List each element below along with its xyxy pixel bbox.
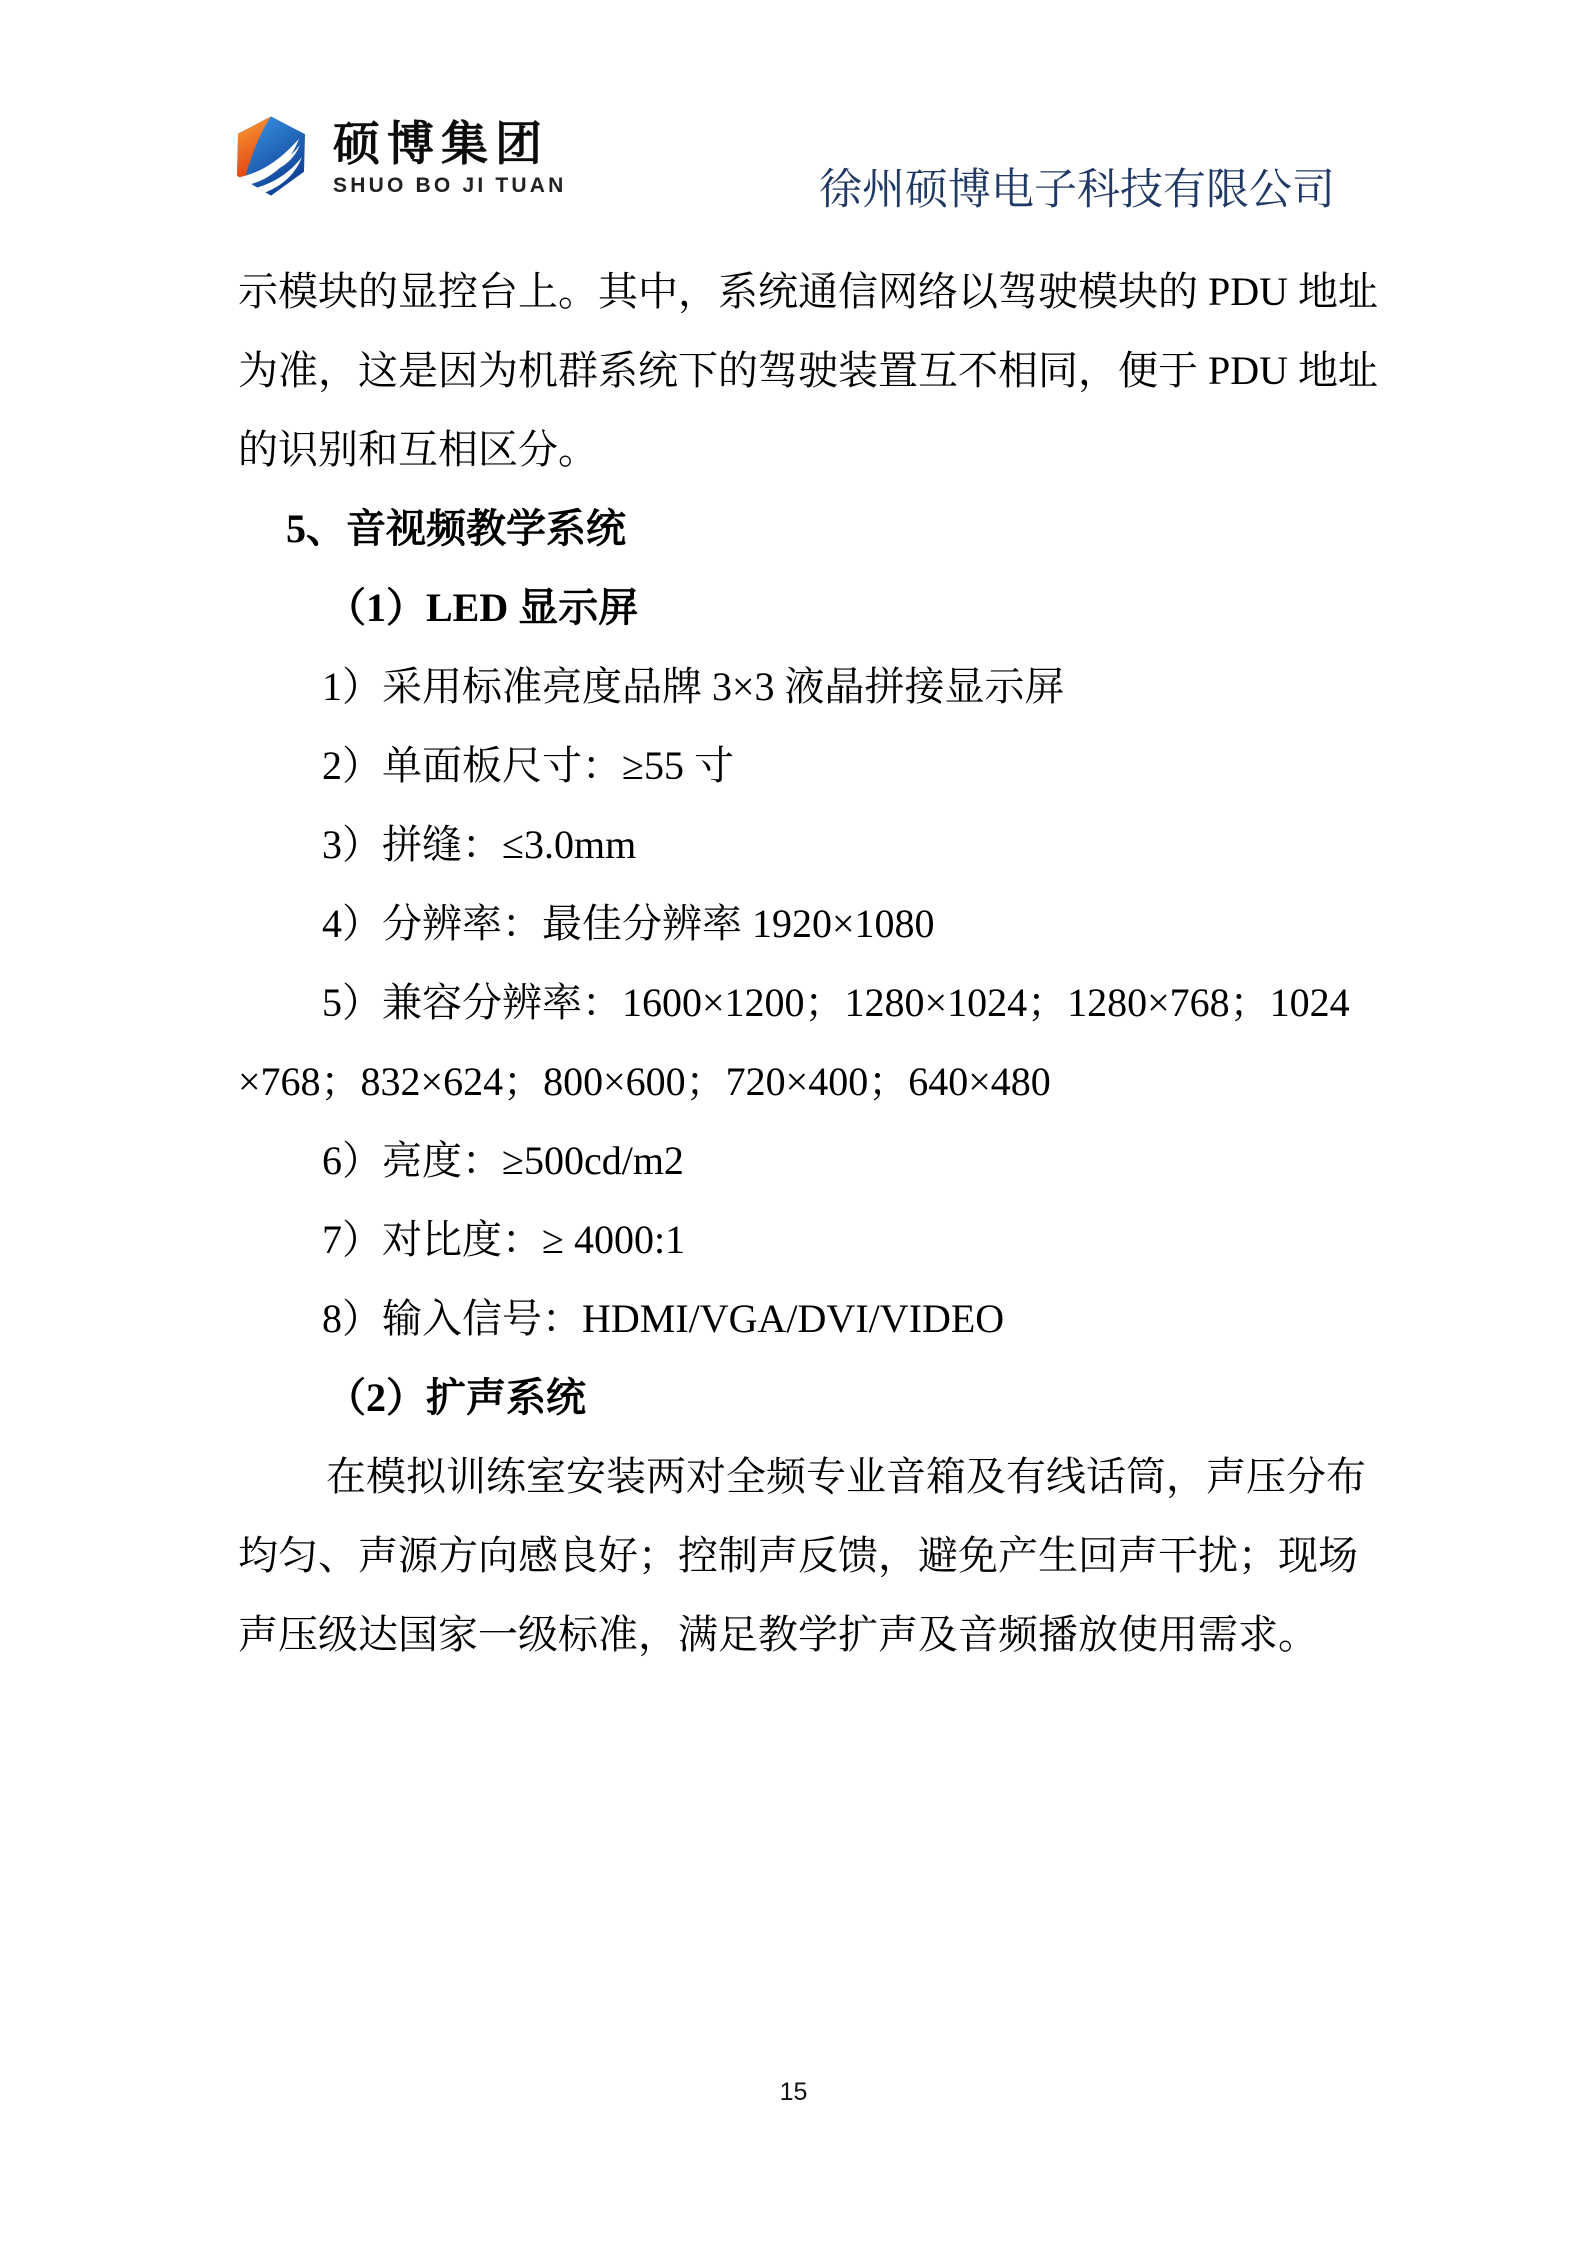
led-spec-item: 5）兼容分辨率：1600×1200；1280×1024；1280×768；102…	[238, 963, 1348, 1042]
sound-paragraph-line: 声压级达国家一级标准，满足教学扩声及音频播放使用需求。	[238, 1595, 1348, 1674]
led-spec-item: 7）对比度：≥ 4000:1	[238, 1200, 1348, 1279]
section-heading-av-system: 5、音视频教学系统	[238, 489, 1348, 568]
logo-latin-name: SHUO BO JI TUAN	[333, 175, 567, 196]
document-page: 硕博集团 SHUO BO JI TUAN 徐州硕博电子科技有限公司 示模块的显控…	[0, 0, 1587, 2245]
led-spec-item: 2）单面板尺寸：≥55 寸	[238, 726, 1348, 805]
page-number: 15	[0, 2078, 1587, 2107]
document-body: 示模块的显控台上。其中，系统通信网络以驾驶模块的 PDU 地址 为准，这是因为机…	[238, 252, 1348, 1674]
subsection-heading-led-screen: （1）LED 显示屏	[238, 568, 1348, 647]
led-spec-item: 3）拼缝：≤3.0mm	[238, 805, 1348, 884]
subsection-heading-sound-system: （2）扩声系统	[238, 1358, 1348, 1437]
led-spec-item-continuation: ×768；832×624；800×600；720×400；640×480	[238, 1042, 1348, 1121]
led-spec-item: 1）采用标准亮度品牌 3×3 液晶拼接显示屏	[238, 647, 1348, 726]
intro-paragraph-line: 的识别和互相区分。	[238, 410, 1348, 489]
header-company-name: 徐州硕博电子科技有限公司	[819, 167, 1335, 214]
logo-text: 硕博集团 SHUO BO JI TUAN	[333, 104, 567, 196]
led-spec-item: 4）分辨率：最佳分辨率 1920×1080	[238, 884, 1348, 963]
logo-gem-icon	[237, 116, 305, 196]
sound-paragraph-line: 在模拟训练室安装两对全频专业音箱及有线话筒，声压分布	[238, 1437, 1348, 1516]
company-logo: 硕博集团 SHUO BO JI TUAN	[237, 104, 567, 196]
sound-paragraph-line: 均匀、声源方向感良好；控制声反馈，避免产生回声干扰；现场	[238, 1516, 1348, 1595]
intro-paragraph-line: 示模块的显控台上。其中，系统通信网络以驾驶模块的 PDU 地址	[238, 252, 1348, 331]
logo-chinese-name: 硕博集团	[333, 120, 567, 167]
led-spec-item: 6）亮度：≥500cd/m2	[238, 1121, 1348, 1200]
led-spec-item: 8）输入信号：HDMI/VGA/DVI/VIDEO	[238, 1279, 1348, 1358]
intro-paragraph-line: 为准，这是因为机群系统下的驾驶装置互不相同，便于 PDU 地址	[238, 331, 1348, 410]
